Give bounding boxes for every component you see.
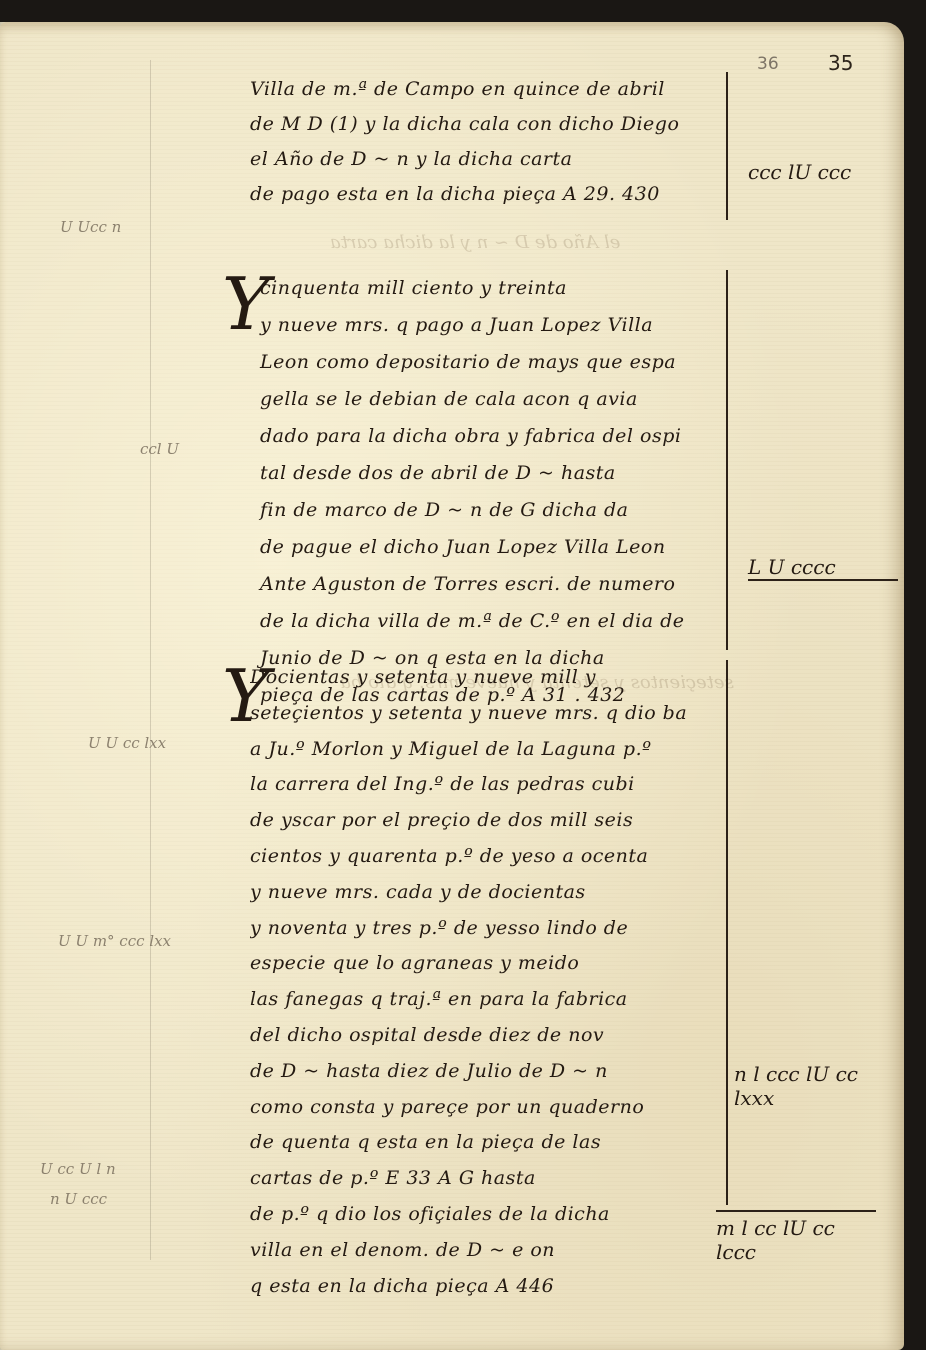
margin-note-left: n U ccc <box>50 1190 107 1208</box>
entry-line: de p.º q dio los ofiçiales de la dicha <box>250 1197 720 1233</box>
ink-bleed-through: el Año de D ~ n y la dicha carta <box>330 232 620 253</box>
entry-line: dado para la dicha obra y fabrica del os… <box>250 418 720 455</box>
entry-line: de quenta q esta en la pieça de las <box>250 1125 720 1161</box>
entry-line: de pague el dicho Juan Lopez Villa Leon <box>250 529 720 566</box>
margin-note-left: U U m° ccc lxx <box>58 932 171 950</box>
entry-line: y nueve mrs. cada y de docientas <box>250 875 720 911</box>
entry-line: y nueve mrs. q pago a Juan Lopez Villa <box>250 307 720 344</box>
entry-line: q esta en la dicha pieça A 446 <box>250 1269 720 1305</box>
entry-line: Leon como depositario de mays que espa <box>250 344 720 381</box>
entry-3: Docientas y setenta y nueve mill y seteç… <box>250 660 728 1205</box>
entry-line: villa en el denom. de D ~ e on <box>250 1233 720 1269</box>
entry-line: la carrera del Ing.º de las pedras cubi <box>250 767 720 803</box>
entry-line: de yscar por el preçio de dos mill seis <box>250 803 720 839</box>
margin-amount: ccc lU ccc <box>748 160 908 184</box>
entry-line: tal desde dos de abril de D ~ hasta <box>250 455 720 492</box>
margin-note-left: ccl U <box>140 440 179 458</box>
margin-note-left: U cc U l n <box>40 1160 116 1178</box>
entry-line: de la dicha villa de m.ª de C.º en el di… <box>250 603 720 640</box>
margin-note-left: U Ucc n <box>60 218 121 236</box>
entry-line: del dicho ospital desde diez de nov <box>250 1018 720 1054</box>
entry-line: el Año de D ~ n y la dicha carta <box>250 142 720 177</box>
entry-line: seteçientos y setenta y nueve mrs. q dio… <box>250 696 720 732</box>
folio-number-ink: 35 <box>828 51 853 75</box>
margin-note-left: U U cc lxx <box>88 734 166 752</box>
entry-line: cientos y quarenta p.º de yeso a ocenta <box>250 839 720 875</box>
entry-line: de M D (1) y la dicha cala con dicho Die… <box>250 107 720 142</box>
margin-amount: n l ccc lU cc lxxx <box>734 1062 894 1110</box>
margin-total: m l cc lU cc lccc <box>716 1210 876 1264</box>
entry-line: cartas de p.º E 33 A G hasta <box>250 1161 720 1197</box>
entry-line: cinquenta mill ciento y treinta <box>250 270 720 307</box>
margin-amount: L U cccc <box>748 555 898 581</box>
entry-line: como consta y pareçe por un quaderno <box>250 1090 720 1126</box>
entry-line: especie que lo agraneas y meido <box>250 946 720 982</box>
entry-line: fin de marco de D ~ n de G dicha da <box>250 492 720 529</box>
entry-1: Villa de m.ª de Campo en quince de abril… <box>250 72 728 220</box>
entry-line: y noventa y tres p.º de yesso lindo de <box>250 911 720 947</box>
pencil-margin-rule <box>150 60 151 1260</box>
entry-line: de D ~ hasta diez de Julio de D ~ n <box>250 1054 720 1090</box>
entry-line: a Ju.º Morlon y Miguel de la Laguna p.º <box>250 732 720 768</box>
entry-line: Ante Aguston de Torres escri. de numero <box>250 566 720 603</box>
entry-line: Villa de m.ª de Campo en quince de abril <box>250 72 720 107</box>
entry-line: de pago esta en la dicha pieça A 29. 430 <box>250 177 720 212</box>
entry-line: las fanegas q traj.ª en para la fabrica <box>250 982 720 1018</box>
entry-line: Docientas y setenta y nueve mill y <box>250 660 720 696</box>
folio-number-pencil: 36 <box>757 54 779 74</box>
entry-2: cinquenta mill ciento y treinta y nueve … <box>250 270 728 650</box>
entry-line: gella se le debian de cala acon q avia <box>250 381 720 418</box>
